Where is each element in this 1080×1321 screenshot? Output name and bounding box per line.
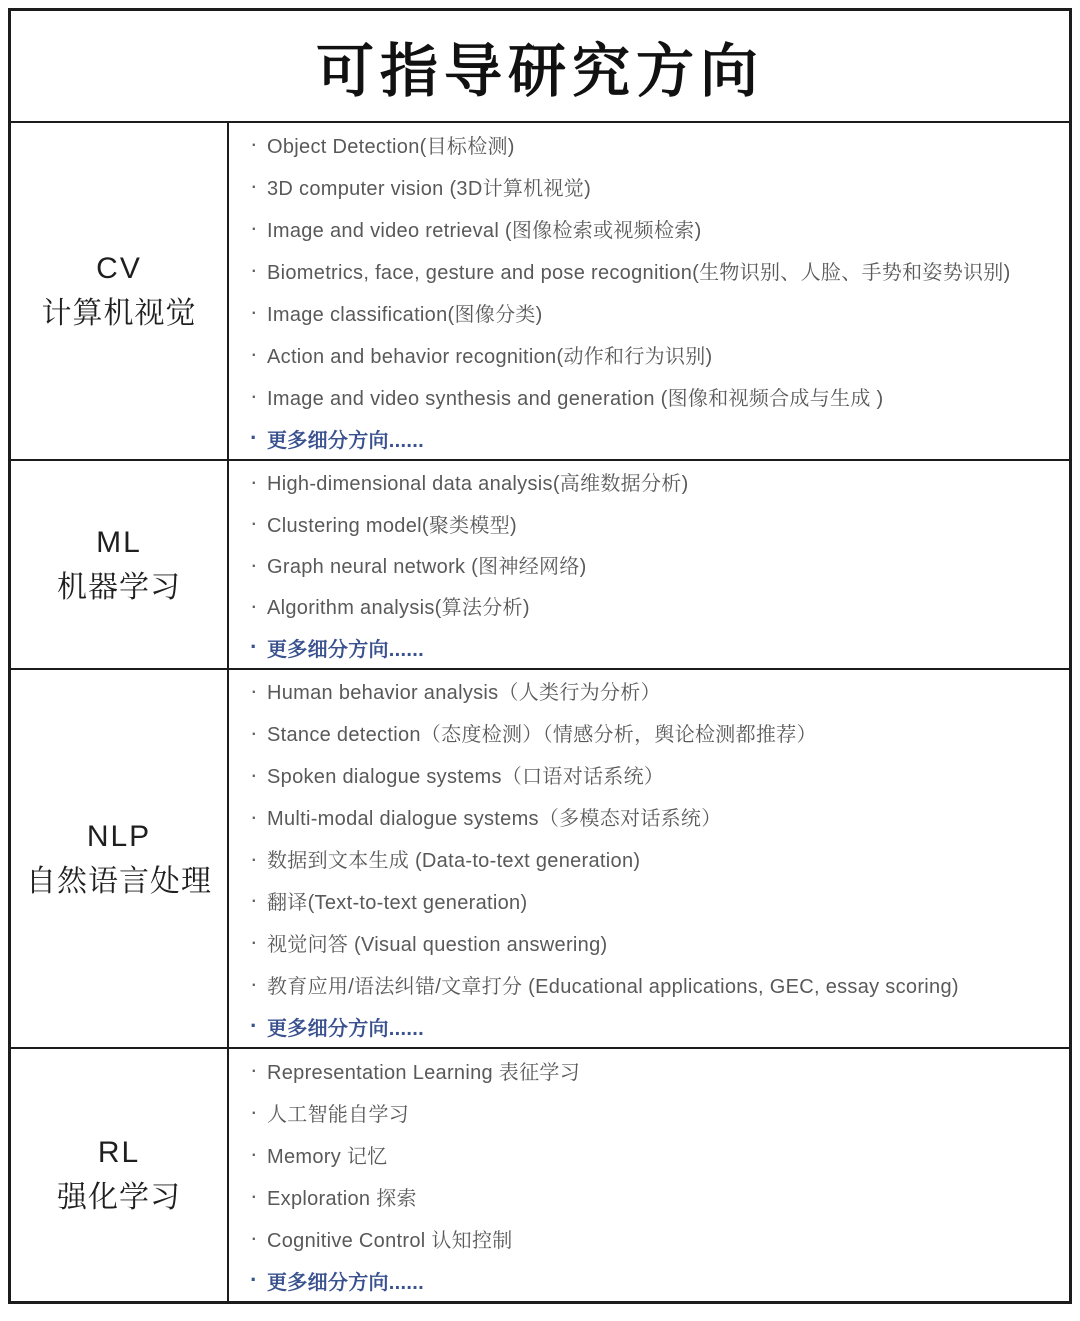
bullet-icon: · xyxy=(241,1227,267,1249)
bullet-icon: · xyxy=(241,301,267,323)
section-abbr: ML xyxy=(96,520,142,565)
research-item: ·Image and video retrieval (图像检索或视频检索) xyxy=(241,207,1069,249)
research-item: ·Stance detection（态度检测）（情感分析，舆论检测都推荐） xyxy=(241,712,1069,754)
item-text: Action and behavior recognition(动作和行为识别) xyxy=(267,340,713,369)
section-label: RL强化学习 xyxy=(11,1049,229,1301)
research-item: ·Clustering model(聚类模型) xyxy=(241,502,1069,543)
research-item: ·教育应用/语法纠错/文章打分 (Educational application… xyxy=(241,963,1069,1005)
section-label: ML机器学习 xyxy=(11,461,229,668)
research-item: ·Exploration 探索 xyxy=(241,1175,1069,1217)
research-item: ·Action and behavior recognition(动作和行为识别… xyxy=(241,333,1069,375)
rows-container: CV计算机视觉·Object Detection(目标检测)·3D comput… xyxy=(11,121,1069,1301)
item-text: Object Detection(目标检测) xyxy=(267,130,515,159)
research-item: ·Cognitive Control 认知控制 xyxy=(241,1217,1069,1259)
bullet-icon: · xyxy=(241,1185,267,1207)
bullet-icon: · xyxy=(241,471,267,493)
bullet-icon: · xyxy=(241,973,267,995)
bullet-icon: · xyxy=(241,133,267,155)
item-text: 数据到文本生成 (Data-to-text generation) xyxy=(267,844,640,873)
section-label: CV计算机视觉 xyxy=(11,123,229,459)
item-text: Spoken dialogue systems（口语对话系统） xyxy=(267,760,664,789)
more-directions-text: 更多细分方向...... xyxy=(267,1012,424,1041)
section-items: ·Human behavior analysis（人类行为分析）·Stance … xyxy=(229,670,1069,1047)
more-directions-text: 更多细分方向...... xyxy=(267,424,424,453)
item-text: Human behavior analysis（人类行为分析） xyxy=(267,676,661,705)
item-text: High-dimensional data analysis(高维数据分析) xyxy=(267,467,689,496)
research-item: ·High-dimensional data analysis(高维数据分析) xyxy=(241,461,1069,502)
item-text: Representation Learning 表征学习 xyxy=(267,1056,580,1085)
bullet-icon: · xyxy=(241,722,267,744)
section-label: NLP自然语言处理 xyxy=(11,670,229,1047)
bullet-icon: · xyxy=(241,217,267,239)
bullet-icon: · xyxy=(241,889,267,911)
bullet-icon: · xyxy=(241,175,267,197)
section-row-nlp: NLP自然语言处理·Human behavior analysis（人类行为分析… xyxy=(11,668,1069,1047)
item-text: Cognitive Control 认知控制 xyxy=(267,1224,513,1253)
research-item: ·Graph neural network (图神经网络) xyxy=(241,544,1069,585)
page: 可指导研究方向 CV计算机视觉·Object Detection(目标检测)·3… xyxy=(0,0,1080,1321)
section-row-rl: RL强化学习·Representation Learning 表征学习·人工智能… xyxy=(11,1047,1069,1301)
research-item: ·人工智能自学习 xyxy=(241,1091,1069,1133)
section-abbr: NLP xyxy=(87,814,151,859)
bullet-icon: · xyxy=(241,512,267,534)
bullet-icon: · xyxy=(241,1101,267,1123)
research-item: ·Human behavior analysis（人类行为分析） xyxy=(241,670,1069,712)
research-item: ·数据到文本生成 (Data-to-text generation) xyxy=(241,838,1069,880)
section-name: 自然语言处理 xyxy=(26,859,212,904)
more-directions-text: 更多细分方向...... xyxy=(267,1266,424,1295)
more-directions-item: ·更多细分方向...... xyxy=(241,417,1069,459)
item-text: Image classification(图像分类) xyxy=(267,298,543,327)
item-text: Stance detection（态度检测）（情感分析，舆论检测都推荐） xyxy=(267,718,817,747)
research-item: ·Representation Learning 表征学习 xyxy=(241,1049,1069,1091)
research-item: ·Biometrics, face, gesture and pose reco… xyxy=(241,249,1069,291)
page-title: 可指导研究方向 xyxy=(316,24,764,108)
section-items: ·Representation Learning 表征学习·人工智能自学习·Me… xyxy=(229,1049,1069,1301)
item-text: Image and video synthesis and generation… xyxy=(267,382,883,411)
section-name: 强化学习 xyxy=(57,1175,181,1220)
item-text: Clustering model(聚类模型) xyxy=(267,509,517,538)
item-text: 人工智能自学习 xyxy=(267,1098,409,1127)
item-text: Algorithm analysis(算法分析) xyxy=(267,591,530,620)
item-text: 教育应用/语法纠错/文章打分 (Educational applications… xyxy=(267,970,959,999)
bullet-icon: · xyxy=(241,427,267,449)
section-name: 计算机视觉 xyxy=(42,291,197,336)
research-item: ·Multi-modal dialogue systems（多模态对话系统） xyxy=(241,796,1069,838)
item-text: Graph neural network (图神经网络) xyxy=(267,550,587,579)
item-text: Memory 记忆 xyxy=(267,1140,387,1169)
bullet-icon: · xyxy=(241,636,267,658)
research-item: ·Algorithm analysis(算法分析) xyxy=(241,585,1069,626)
research-item: ·Image and video synthesis and generatio… xyxy=(241,375,1069,417)
bullet-icon: · xyxy=(241,343,267,365)
section-row-cv: CV计算机视觉·Object Detection(目标检测)·3D comput… xyxy=(11,121,1069,459)
bullet-icon: · xyxy=(241,259,267,281)
item-text: 视觉问答 (Visual question answering) xyxy=(267,928,607,957)
more-directions-item: ·更多细分方向...... xyxy=(241,627,1069,668)
research-item: ·Image classification(图像分类) xyxy=(241,291,1069,333)
bullet-icon: · xyxy=(241,1059,267,1081)
table-title-row: 可指导研究方向 xyxy=(11,11,1069,121)
research-item: ·Object Detection(目标检测) xyxy=(241,123,1069,165)
bullet-icon: · xyxy=(241,806,267,828)
item-text: Multi-modal dialogue systems（多模态对话系统） xyxy=(267,802,722,831)
section-abbr: RL xyxy=(98,1130,140,1175)
section-items: ·High-dimensional data analysis(高维数据分析)·… xyxy=(229,461,1069,668)
research-item: ·视觉问答 (Visual question answering) xyxy=(241,921,1069,963)
research-item: ·Memory 记忆 xyxy=(241,1133,1069,1175)
bullet-icon: · xyxy=(241,595,267,617)
bullet-icon: · xyxy=(241,1015,267,1037)
bullet-icon: · xyxy=(241,931,267,953)
item-text: 3D computer vision (3D计算机视觉) xyxy=(267,172,591,201)
bullet-icon: · xyxy=(241,1143,267,1165)
section-items: ·Object Detection(目标检测)·3D computer visi… xyxy=(229,123,1069,459)
bullet-icon: · xyxy=(241,848,267,870)
research-item: ·Spoken dialogue systems（口语对话系统） xyxy=(241,754,1069,796)
item-text: 翻译(Text-to-text generation) xyxy=(267,886,527,915)
research-item: ·3D computer vision (3D计算机视觉) xyxy=(241,165,1069,207)
section-row-ml: ML机器学习·High-dimensional data analysis(高维… xyxy=(11,459,1069,668)
more-directions-text: 更多细分方向...... xyxy=(267,633,424,662)
bullet-icon: · xyxy=(241,1269,267,1291)
more-directions-item: ·更多细分方向...... xyxy=(241,1259,1069,1301)
section-name: 机器学习 xyxy=(57,565,181,610)
section-abbr: CV xyxy=(96,246,142,291)
item-text: Image and video retrieval (图像检索或视频检索) xyxy=(267,214,702,243)
item-text: Exploration 探索 xyxy=(267,1182,417,1211)
research-directions-table: 可指导研究方向 CV计算机视觉·Object Detection(目标检测)·3… xyxy=(8,8,1072,1304)
bullet-icon: · xyxy=(241,554,267,576)
bullet-icon: · xyxy=(241,764,267,786)
more-directions-item: ·更多细分方向...... xyxy=(241,1005,1069,1047)
item-text: Biometrics, face, gesture and pose recog… xyxy=(267,256,1011,285)
bullet-icon: · xyxy=(241,680,267,702)
research-item: ·翻译(Text-to-text generation) xyxy=(241,879,1069,921)
bullet-icon: · xyxy=(241,385,267,407)
